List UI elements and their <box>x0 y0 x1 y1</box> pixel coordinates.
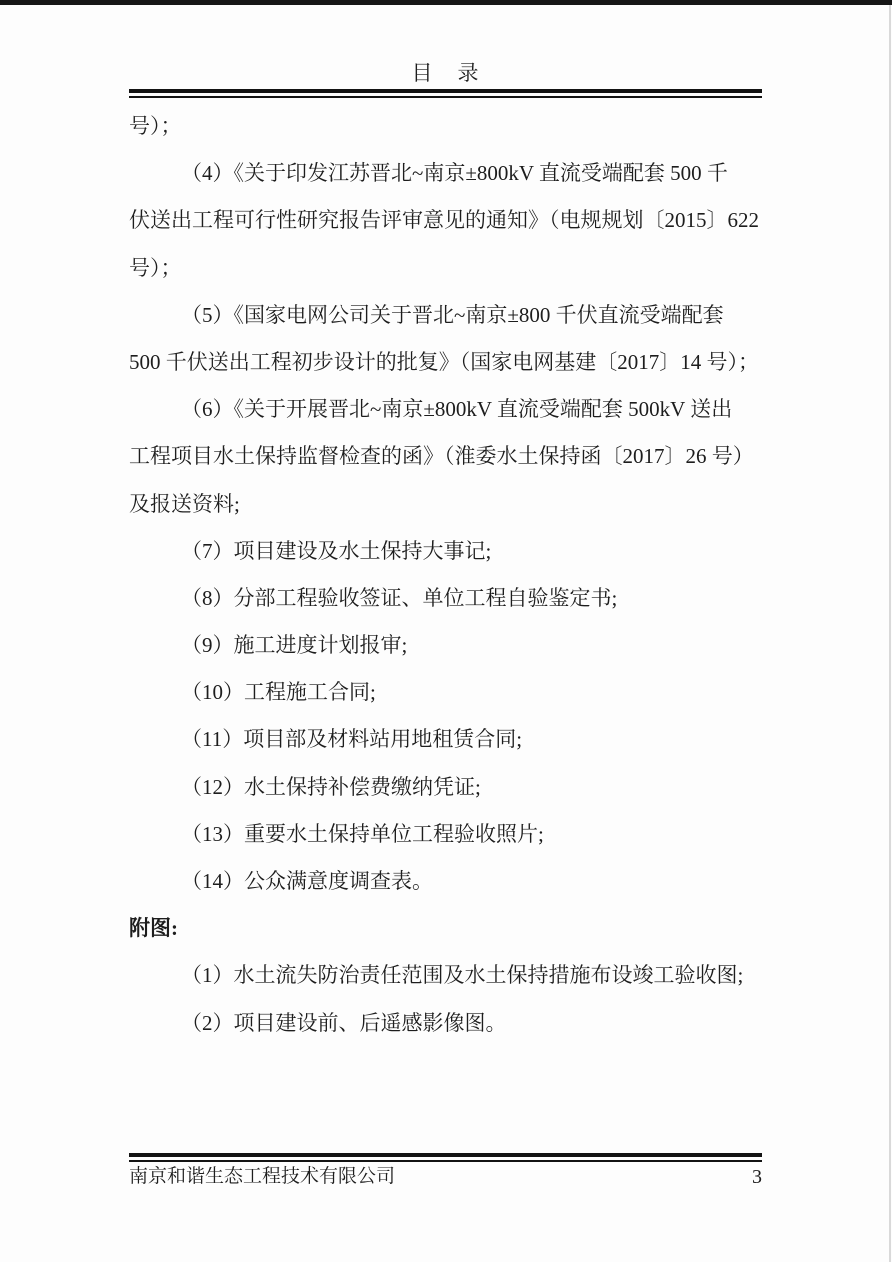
document-page: 目 录 号）；（4）《关于印发江苏晋北~南京±800kV 直流受端配套 500 … <box>0 0 892 1262</box>
scan-edge-right <box>889 5 891 1262</box>
toc-line: （1）水土流失防治责任范围及水土保持措施布设竣工验收图; <box>129 952 765 999</box>
toc-line: 号）； <box>129 245 765 292</box>
scan-edge-top <box>0 0 892 5</box>
toc-line: （11）项目部及材料站用地租赁合同; <box>129 716 765 763</box>
toc-line: （13）重要水土保持单位工程验收照片; <box>129 811 765 858</box>
toc-body: 号）；（4）《关于印发江苏晋北~南京±800kV 直流受端配套 500 千伏送出… <box>129 103 765 1047</box>
toc-line: 500 千伏送出工程初步设计的批复》（国家电网基建〔2017〕14 号）； <box>129 339 765 386</box>
toc-line: （9）施工进度计划报审; <box>129 622 765 669</box>
toc-line: （10）工程施工合同; <box>129 669 765 716</box>
page-title: 目 录 <box>130 57 762 87</box>
footer: 南京和谐生态工程技术有限公司 3 <box>129 1162 762 1192</box>
toc-line: （4）《关于印发江苏晋北~南京±800kV 直流受端配套 500 千 <box>129 150 765 197</box>
toc-line: 伏送出工程可行性研究报告评审意见的通知》（电规规划〔2015〕622 <box>129 197 765 244</box>
toc-line: 及报送资料; <box>129 481 765 528</box>
toc-line: （6）《关于开展晋北~南京±800kV 直流受端配套 500kV 送出 <box>129 386 765 433</box>
footer-rule <box>129 1153 762 1162</box>
header-rule <box>129 89 762 98</box>
footer-company-name: 南京和谐生态工程技术有限公司 <box>129 1162 395 1192</box>
toc-line: （8）分部工程验收签证、单位工程自验鉴定书; <box>129 575 765 622</box>
toc-line: 附图: <box>129 905 765 952</box>
toc-line: （2）项目建设前、后遥感影像图。 <box>129 1000 765 1047</box>
toc-line: 号）； <box>129 103 765 150</box>
toc-line: （7）项目建设及水土保持大事记; <box>129 528 765 575</box>
toc-line: （5）《国家电网公司关于晋北~南京±800 千伏直流受端配套 <box>129 292 765 339</box>
toc-line: （12）水土保持补偿费缴纳凭证; <box>129 764 765 811</box>
toc-line: （14）公众满意度调查表。 <box>129 858 765 905</box>
footer-page-number: 3 <box>752 1162 762 1192</box>
toc-line: 工程项目水土保持监督检查的函》（淮委水土保持函〔2017〕26 号） <box>129 433 765 480</box>
